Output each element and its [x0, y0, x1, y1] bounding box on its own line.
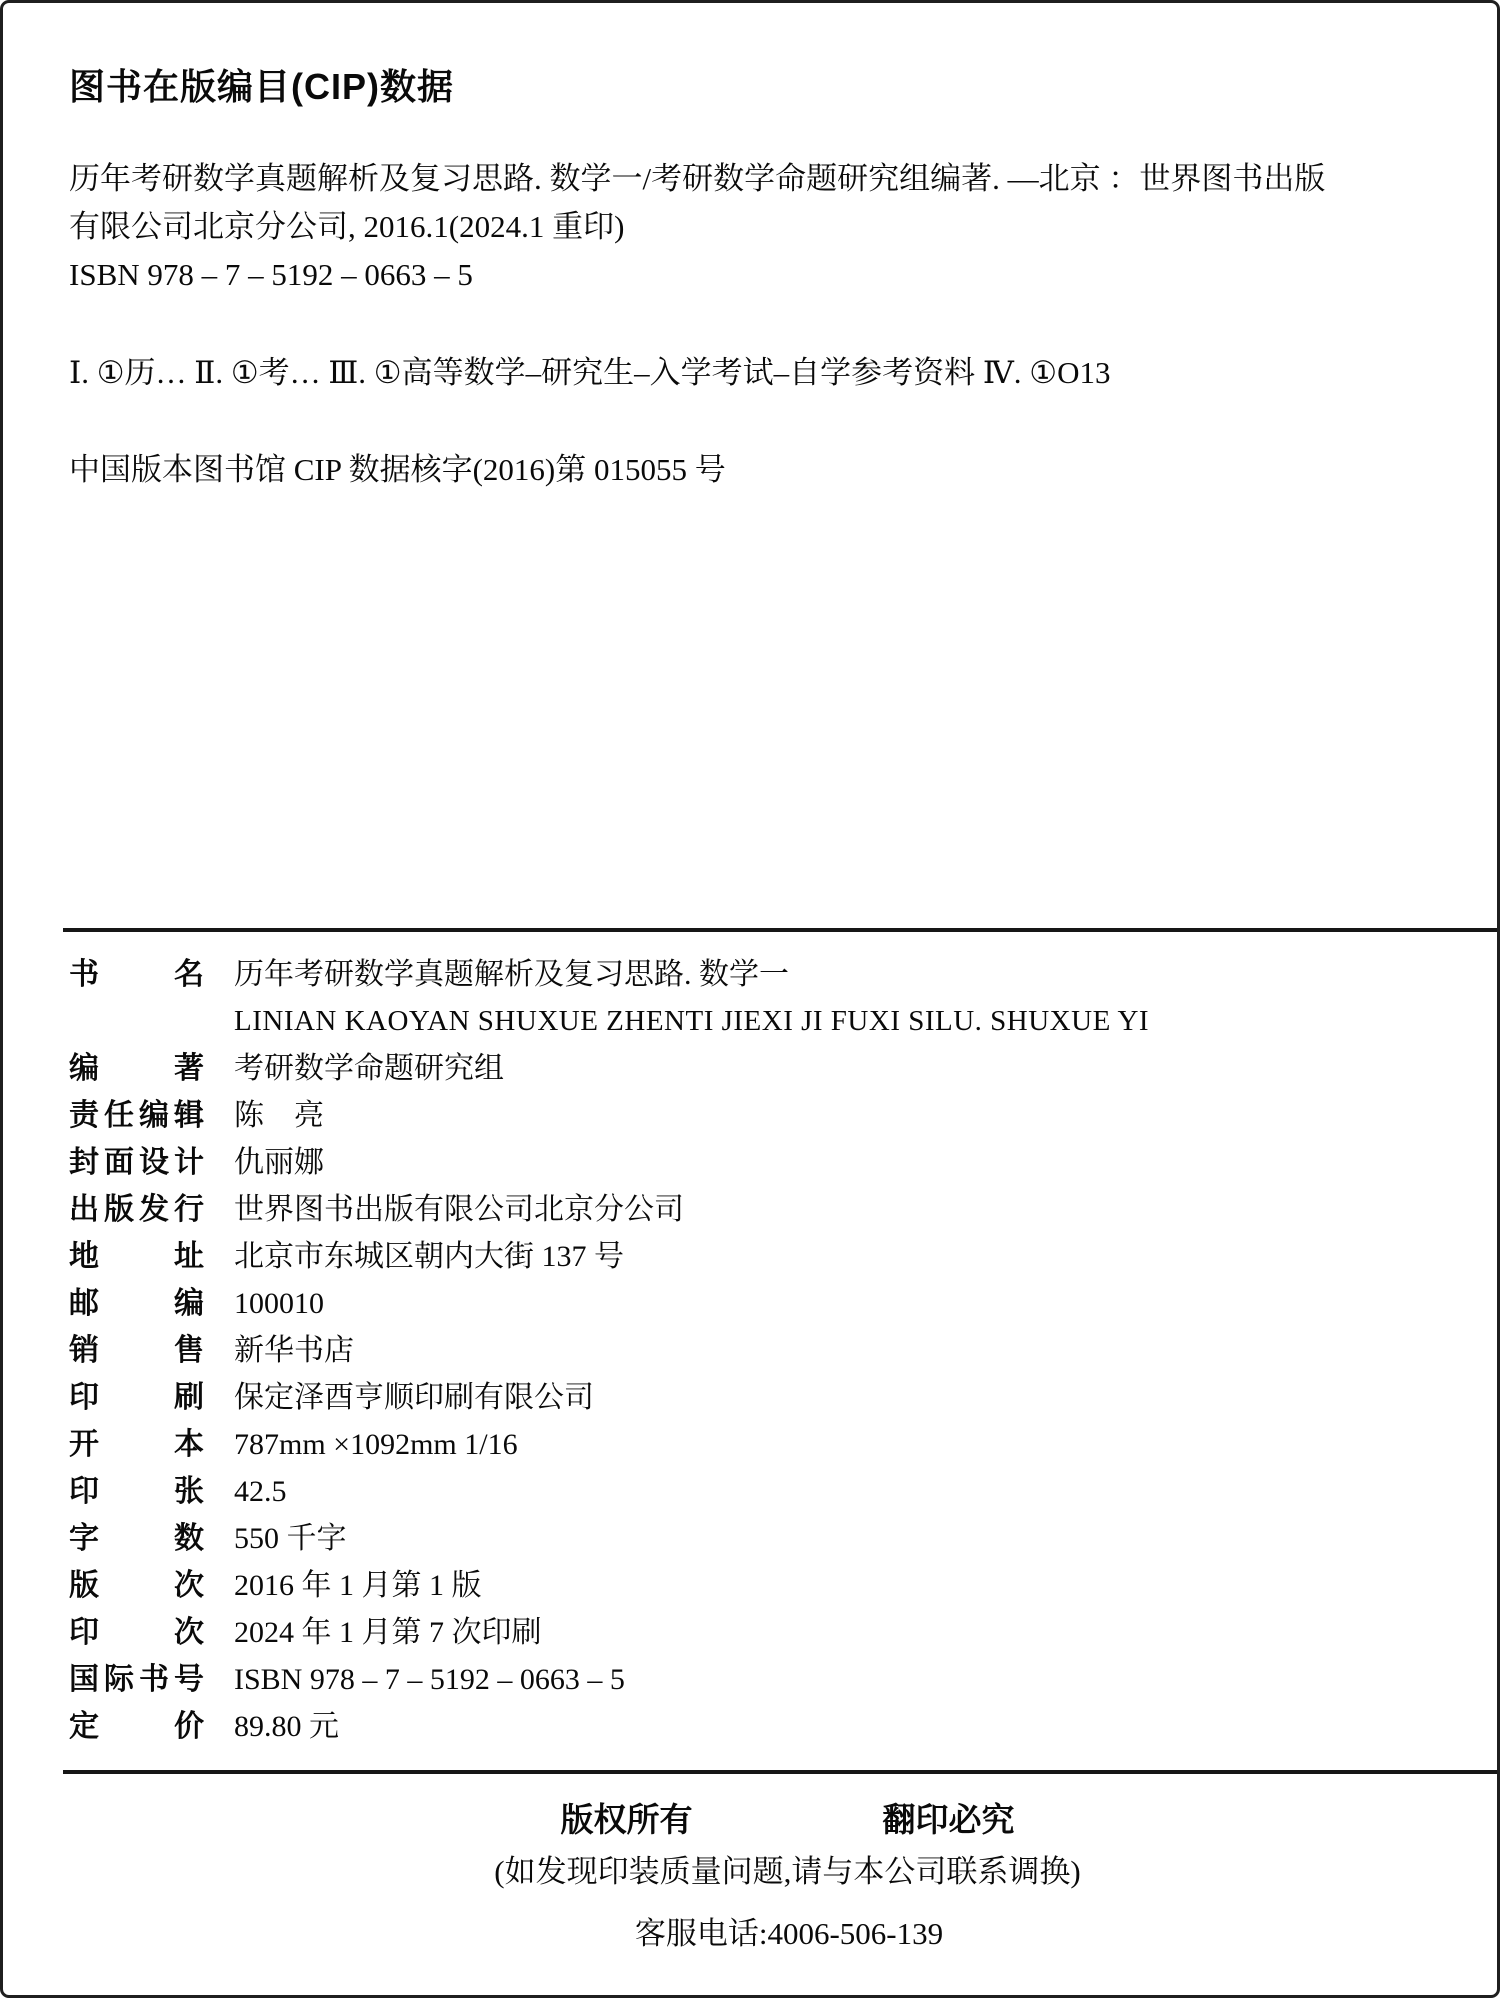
colophon-value: 陈 亮 [234, 1099, 324, 1132]
colophon-row-isbn: 国际书号ISBN 978 – 7 – 5192 – 0663 – 5 [69, 1656, 1467, 1703]
colophon-row-author: 编著考研数学命题研究组 [69, 1045, 1467, 1092]
colophon-value: 550 千字 [234, 1522, 347, 1555]
colophon-label: 邮编 [69, 1280, 204, 1327]
colophon-label: 出版发行 [69, 1186, 204, 1233]
quality-note: (如发现印装质量问题,请与本公司联系调换) [3, 1846, 1497, 1891]
copyright-notice: 版权所有 翻印必究 [3, 1794, 1497, 1841]
colophon-value: 北京市东城区朝内大街 137 号 [234, 1240, 624, 1273]
divider-top [63, 928, 1498, 932]
colophon-value: ISBN 978 – 7 – 5192 – 0663 – 5 [234, 1663, 625, 1696]
colophon-value: 考研数学命题研究组 [234, 1052, 504, 1085]
colophon-value: 历年考研数学真题解析及复习思路. 数学一 [234, 958, 789, 991]
colophon-label: 印张 [69, 1468, 204, 1515]
colophon-label: 定价 [69, 1703, 204, 1750]
colophon-label: 印次 [69, 1609, 204, 1656]
colophon-label: 版次 [69, 1562, 204, 1609]
colophon-label: 销售 [69, 1327, 204, 1374]
cip-record: 历年考研数学真题解析及复习思路. 数学一/考研数学命题研究组编著. —北京 ：世… [69, 155, 1457, 299]
copyright-notice-right: 翻印必究 [883, 1794, 1015, 1841]
service-phone: 客服电话:4006-506-139 [3, 1908, 1497, 1953]
colophon-row-sales: 销售新华书店 [69, 1327, 1467, 1374]
colophon-value: 787mm ×1092mm 1/16 [234, 1428, 518, 1461]
colophon-label: 地址 [69, 1233, 204, 1280]
colophon-row-impression: 印次2024 年 1 月第 7 次印刷 [69, 1609, 1467, 1656]
colophon-value: 仇丽娜 [234, 1146, 324, 1179]
colophon-table: 书名历年考研数学真题解析及复习思路. 数学一 LINIAN KAOYAN SHU… [69, 951, 1467, 1750]
colophon-label: 责任编辑 [69, 1092, 204, 1139]
colophon-row-edition: 版次2016 年 1 月第 1 版 [69, 1562, 1467, 1609]
cip-record-line-2: 有限公司北京分公司, 2016.1(2024.1 重印) [69, 203, 1457, 251]
divider-bottom [63, 1770, 1498, 1774]
colophon-value: 2024 年 1 月第 7 次印刷 [234, 1616, 542, 1649]
colophon-label: 编著 [69, 1045, 204, 1092]
copyright-notice-left: 版权所有 [561, 1794, 693, 1841]
colophon-row-cover-design: 封面设计仇丽娜 [69, 1139, 1467, 1186]
colophon-label: 印刷 [69, 1374, 204, 1421]
cip-classification-line: Ⅰ. ①历… Ⅱ. ①考… Ⅲ. ①高等数学–研究生–入学考试–自学参考资料 Ⅳ… [69, 347, 1110, 392]
colophon-row-word-count: 字数550 千字 [69, 1515, 1467, 1562]
colophon-label: 字数 [69, 1515, 204, 1562]
isbn-line: ISBN 978 – 7 – 5192 – 0663 – 5 [69, 251, 1457, 299]
copyright-page: 图书在版编目(CIP)数据 历年考研数学真题解析及复习思路. 数学一/考研数学命… [0, 0, 1500, 1998]
colophon-row-publisher: 出版发行世界图书出版有限公司北京分公司 [69, 1186, 1467, 1233]
colophon-row-postcode: 邮编100010 [69, 1280, 1467, 1327]
colophon-row-printer: 印刷保定泽酉亨顺印刷有限公司 [69, 1374, 1467, 1421]
colophon-label: 封面设计 [69, 1139, 204, 1186]
book-title-pinyin: LINIAN KAOYAN SHUXUE ZHENTI JIEXI JI FUX… [234, 998, 1467, 1045]
colophon-label: 开本 [69, 1421, 204, 1468]
colophon-value: 100010 [234, 1287, 324, 1320]
colophon-row-title: 书名历年考研数学真题解析及复习思路. 数学一 [69, 951, 1467, 998]
colophon-value: 42.5 [234, 1475, 287, 1508]
cip-catalog-number: 中国版本图书馆 CIP 数据核字(2016)第 015055 号 [69, 444, 726, 489]
colophon-row-format: 开本787mm ×1092mm 1/16 [69, 1421, 1467, 1468]
colophon-value: 2016 年 1 月第 1 版 [234, 1569, 482, 1602]
colophon-row-editor: 责任编辑陈 亮 [69, 1092, 1467, 1139]
colophon-value: 保定泽酉亨顺印刷有限公司 [234, 1381, 594, 1414]
cip-heading: 图书在版编目(CIP)数据 [69, 59, 454, 110]
colophon-value: 新华书店 [234, 1334, 354, 1367]
colophon-value: 89.80 元 [234, 1710, 339, 1743]
colophon-row-address: 地址北京市东城区朝内大街 137 号 [69, 1233, 1467, 1280]
cip-record-line-1: 历年考研数学真题解析及复习思路. 数学一/考研数学命题研究组编著. —北京 ：世… [69, 155, 1457, 203]
colophon-label: 国际书号 [69, 1656, 204, 1703]
colophon-value: 世界图书出版有限公司北京分公司 [234, 1193, 684, 1226]
colophon-row-price: 定价89.80 元 [69, 1703, 1467, 1750]
colophon-label: 书名 [69, 951, 204, 998]
colophon-row-sheets: 印张42.5 [69, 1468, 1467, 1515]
